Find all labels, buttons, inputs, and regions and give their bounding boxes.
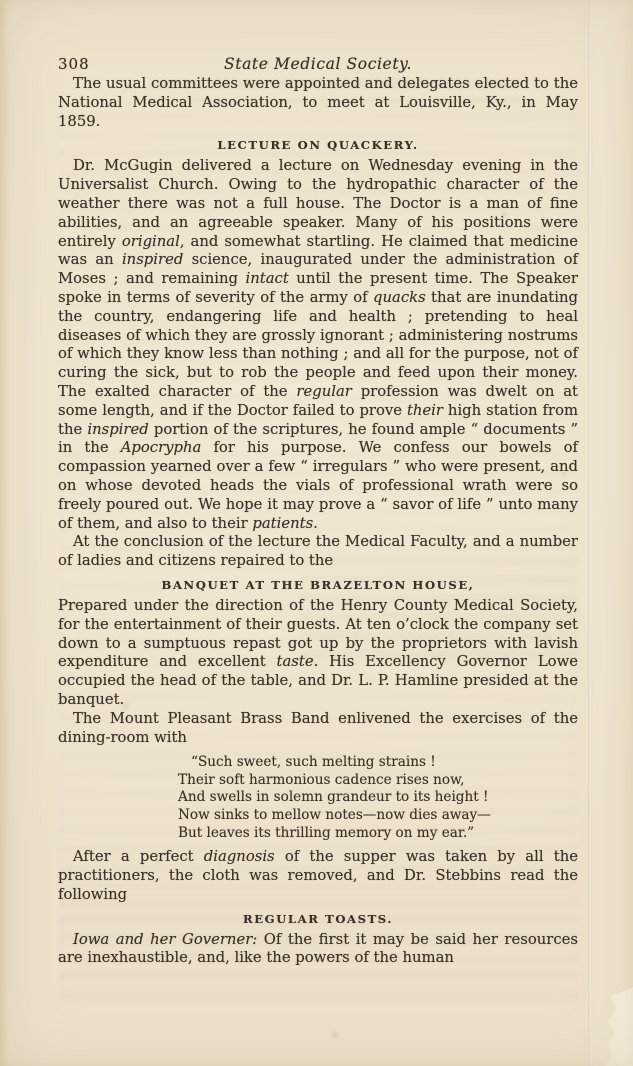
text-run-italic: inspired [87, 421, 148, 438]
poem-line: Now sinks to mellow notes—now dies away— [178, 807, 578, 825]
text-run-italic: quacks [373, 289, 426, 306]
deckle-edge [604, 987, 633, 1066]
poem-line: But leaves its thrilling memory on my ea… [178, 825, 578, 843]
heading-regular-toasts: REGULAR TOASTS. [58, 912, 578, 926]
paragraph-toast-iowa: Iowa and her Governer: Of the first it m… [58, 931, 578, 969]
page-number: 308 [58, 55, 90, 73]
text-run-italic: Apocrypha [121, 439, 202, 456]
text-run-italic: regular [296, 383, 351, 400]
text-run: The Mount Pleasant Brass Band enlivened … [58, 710, 578, 746]
page-content: 308 State Medical Society. The usual com… [58, 55, 578, 968]
heading-lecture-on-quackery: LECTURE ON QUACKERY. [58, 138, 578, 152]
page-header: 308 State Medical Society. [58, 55, 578, 75]
paragraph-conclusion: At the conclusion of the lecture the Med… [58, 533, 578, 571]
text-run: The usual committees were appointed and … [58, 75, 578, 130]
running-title: State Medical Society. [58, 55, 578, 73]
text-run-italic: original [122, 233, 180, 250]
text-run: At the conclusion of the lecture the Med… [58, 533, 578, 569]
paragraph-supper: After a perfect diagnosis of the supper … [58, 848, 578, 904]
page-crease [588, 0, 591, 1066]
text-run-italic: taste [277, 653, 314, 670]
text-run-italic: Iowa and her Governer: [73, 931, 257, 948]
poem-line: “Such sweet, such melting strains ! [178, 754, 578, 772]
text-run-italic: intact [246, 270, 289, 287]
text-run: After a perfect [73, 848, 204, 865]
book-page: 308 State Medical Society. The usual com… [0, 0, 633, 1066]
text-run-italic: diagnosis [204, 848, 275, 865]
heading-banquet: BANQUET AT THE BRAZELTON HOUSE, [58, 578, 578, 592]
poem-line: Their soft harmonious cadence rises now, [178, 772, 578, 790]
paragraph-banquet: Prepared under the direction of the Henr… [58, 597, 578, 710]
text-run-italic: their [407, 402, 443, 419]
text-run-italic: patients [252, 515, 313, 532]
paragraph-brass-band: The Mount Pleasant Brass Band enlivened … [58, 710, 578, 748]
paragraph-lecture: Dr. McGugin delivered a lecture on Wedne… [58, 157, 578, 533]
text-run: . [313, 515, 318, 532]
text-run-italic: inspired [122, 251, 183, 268]
paragraph-committees: The usual committees were appointed and … [58, 75, 578, 131]
foxing-spot [330, 1030, 340, 1040]
poem-line: And swells in solemn grandeur to its hei… [178, 789, 578, 807]
poem-quote: “Such sweet, such melting strains ! Thei… [178, 754, 578, 842]
